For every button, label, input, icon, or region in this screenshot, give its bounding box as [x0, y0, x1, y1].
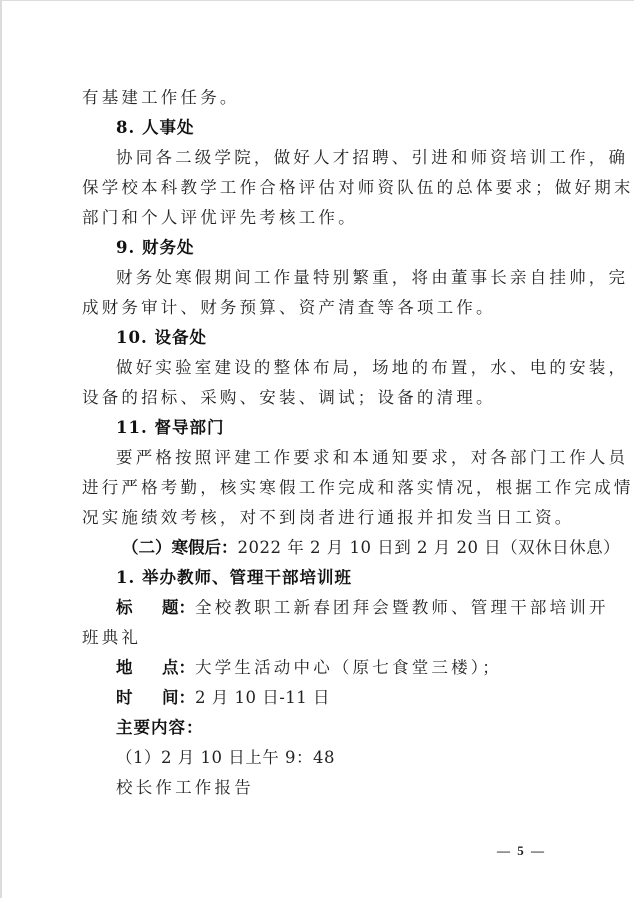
title-label-a: 标 [116, 597, 162, 619]
content-label: 主要内容： [116, 717, 204, 739]
section-after-holiday: （二）寒假后：2022 年 2 月 10 日到 2 月 20 日（双休日休息） [122, 537, 620, 559]
section-after-dates: 2022 年 2 月 10 日到 2 月 20 日（双休日休息） [238, 538, 621, 557]
title-value-continued: 班典礼 [82, 627, 141, 649]
section-after-label: （二）寒假后： [122, 538, 238, 557]
section-heading-supervision: 11. 督导部门 [116, 417, 224, 439]
content-item-1: （1）2 月 10 日上午 9：48 [116, 747, 335, 769]
place-value: 大学生活动中心（原七食堂三楼）； [195, 658, 502, 677]
time-label-b: 间： [162, 688, 195, 707]
body-text-line: 做好实验室建设的整体布局，场地的布置，水、电的安装， [116, 357, 628, 379]
place-label-b: 点： [162, 658, 195, 677]
time-value: 2 月 10 日-11 日 [195, 688, 330, 707]
document-page: 有基建工作任务。 8. 人事处 协同各二级学院，做好人才招聘、引进和师资培训工作… [2, 1, 634, 898]
body-text-line: 设备的招标、采购、安装、调试；设备的清理。 [82, 387, 496, 409]
body-text-line: 协同各二级学院，做好人才招聘、引进和师资培训工作，确 [116, 147, 628, 169]
section-heading-finance: 9. 财务处 [116, 237, 194, 259]
section-heading-equipment: 10. 设备处 [116, 327, 207, 349]
body-text-line: 成财务审计、财务预算、资产清查等各项工作。 [82, 297, 496, 319]
place-row: 地点：大学生活动中心（原七食堂三楼）； [116, 657, 502, 679]
time-label-a: 时 [116, 687, 162, 709]
title-label-b: 题： [162, 598, 195, 617]
body-text-line: 财务处寒假期间工作量特别繁重，将由董事长亲自挂帅，完 [116, 267, 628, 289]
body-text-line: 要严格按照评建工作要求和本通知要求，对各部门工作人员 [116, 447, 628, 469]
body-text-line: 保学校本科教学工作合格评估对师资队伍的总体要求；做好期末 [82, 177, 634, 199]
page-number: — 5 — [497, 843, 546, 859]
place-label-a: 地 [116, 657, 162, 679]
content-item-2: 校长作工作报告 [116, 777, 254, 799]
body-text-line: 进行严格考勤，核实寒假工作完成和落实情况，根据工作完成情 [82, 477, 634, 499]
body-text-line: 况实施绩效考核，对不到岗者进行通报并扣发当日工资。 [82, 507, 575, 529]
title-row: 标题：全校教职工新春团拜会暨教师、管理干部培训开 [116, 597, 609, 619]
section-heading-personnel: 8. 人事处 [116, 117, 194, 139]
item-heading-training: 1. 举办教师、管理干部培训班 [116, 567, 352, 589]
body-text-line: 部门和个人评优评先考核工作。 [82, 207, 358, 229]
body-text-line: 有基建工作任务。 [82, 87, 240, 109]
title-value: 全校教职工新春团拜会暨教师、管理干部培训开 [195, 598, 609, 617]
time-row: 时间：2 月 10 日-11 日 [116, 687, 330, 709]
